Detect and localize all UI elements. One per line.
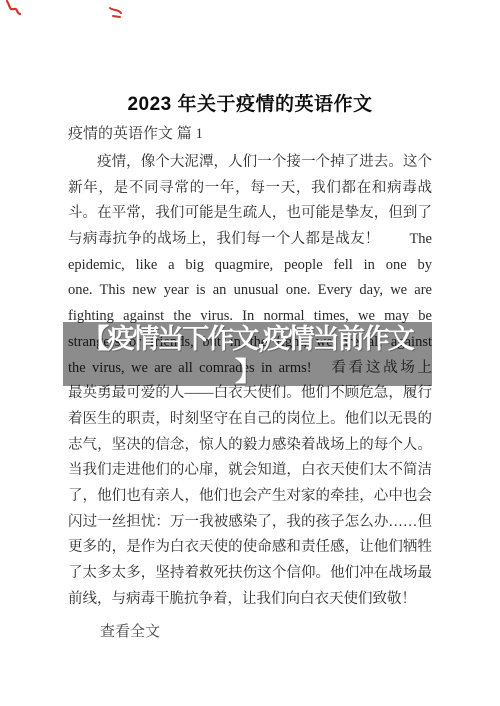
section-heading: 疫情的英语作文 篇 1 xyxy=(68,122,203,143)
watermark-text-line1: 【疫情当下作文,疫情当前作文 xyxy=(63,323,432,356)
document-page: 2023 年关于疫情的英语作文 疫情的英语作文 篇 1 疫情，像个大泥潭，人们一… xyxy=(0,0,500,706)
article-line: 当我们走进他们的心扉，就会知道，白衣天使们太不简洁 xyxy=(68,458,432,484)
article-line: 更多的，是作为白衣天使的使命感和责任感，让他们牺牲 xyxy=(68,535,432,561)
article-line: 与病毒抗争的战场上，我们每一个人都是战友！ The xyxy=(68,227,432,253)
article-line: 志气，坚决的信念，惊人的毅力感染着战场上的每个人。 xyxy=(68,433,432,459)
watermark-text: 【疫情当下作文,疫情当前作文 】 xyxy=(63,323,432,389)
red-pen-mark xyxy=(7,1,20,14)
article-line: 斗。在平常，我们可能是生疏人，也可能是挚友，但到了 xyxy=(68,201,432,227)
red-pen-mark xyxy=(110,8,121,17)
article-line: 着医生的职责，时刻坚守在自己的岗位上。他们以无畏的 xyxy=(68,407,432,433)
view-full-text-link[interactable]: 查看全文 xyxy=(100,620,160,641)
article-line: 闪过一丝担忧：万一我被感染了，我的孩子怎么办……但 xyxy=(68,510,432,536)
article-line: 前线，与病毒干脆抗争着，让我们向白衣天使们致敬！ xyxy=(68,587,432,613)
red-pen-marks xyxy=(0,0,140,22)
article-line: 疫情，像个大泥潭，人们一个接一个掉了进去。这个 xyxy=(68,150,432,176)
watermark-text-line2: 】 xyxy=(63,356,432,389)
article-line: 新年，是不同寻常的一年，每一天，我们都在和病毒战 xyxy=(68,176,432,202)
article-line: 了，他们也有亲人，他们也会产生对家的牵挂，心中也会 xyxy=(68,484,432,510)
article-line: one. This new year is an unusual one. Ev… xyxy=(68,278,432,304)
page-title: 2023 年关于疫情的英语作文 xyxy=(0,89,500,116)
article-line: 了太多太多，坚持着救死扶伤这个信仰。他们冲在战场最 xyxy=(68,561,432,587)
watermark-overlay-banner: 【疫情当下作文,疫情当前作文 】 xyxy=(63,322,432,386)
article-line: epidemic, like a big quagmire, people fe… xyxy=(68,253,432,279)
